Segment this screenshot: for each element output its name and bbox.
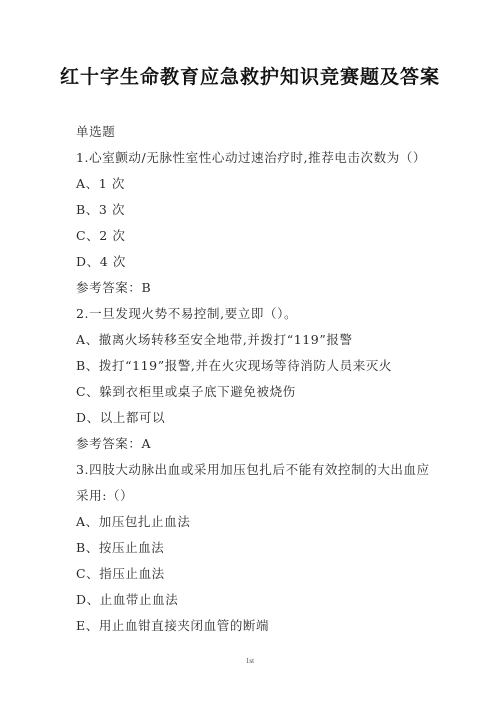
page-number: 1st xyxy=(0,657,500,665)
question-1-option-b: B、3 次 xyxy=(76,197,436,223)
question-2-answer: 参考答案：A xyxy=(76,431,436,457)
question-3-option-b: B、按压止血法 xyxy=(76,535,436,561)
question-2-stem: 2.一旦发现火势不易控制,要立即（）。 xyxy=(76,301,436,327)
question-3-stem-line-2: 采用:（） xyxy=(76,483,436,509)
question-3-option-d: D、止血带止血法 xyxy=(76,587,436,613)
question-3-option-a: A、加压包扎止血法 xyxy=(76,509,436,535)
question-2-option-d: D、以上都可以 xyxy=(76,405,436,431)
question-3-option-e: E、用止血钳直接夹闭血管的断端 xyxy=(76,613,436,639)
question-2-option-c: C、躲到衣柜里或桌子底下避免被烧伤 xyxy=(76,379,436,405)
question-1-stem: 1.心室颤动/无脉性室性心动过速治疗时,推荐电击次数为（） xyxy=(76,145,436,171)
question-1-option-d: D、4 次 xyxy=(76,249,436,275)
question-2-option-a: A、撤离火场转移至安全地带,并拨打“119”报警 xyxy=(76,327,436,353)
document-title: 红十字生命教育应急救护知识竞赛题及答案 xyxy=(0,62,500,89)
document-body: 单选题 1.心室颤动/无脉性室性心动过速治疗时,推荐电击次数为（） A、1 次 … xyxy=(76,119,436,639)
question-1-option-a: A、1 次 xyxy=(76,171,436,197)
question-2-option-b: B、拨打“119”报警,并在火灾现场等待消防人员来灭火 xyxy=(76,353,436,379)
question-1-answer: 参考答案：B xyxy=(76,275,436,301)
question-3-option-c: C、指压止血法 xyxy=(76,561,436,587)
question-3-stem-line-1: 3.四肢大动脉出血或采用加压包扎后不能有效控制的大出血应 xyxy=(76,457,436,483)
question-1-option-c: C、2 次 xyxy=(76,223,436,249)
section-heading: 单选题 xyxy=(76,119,436,145)
